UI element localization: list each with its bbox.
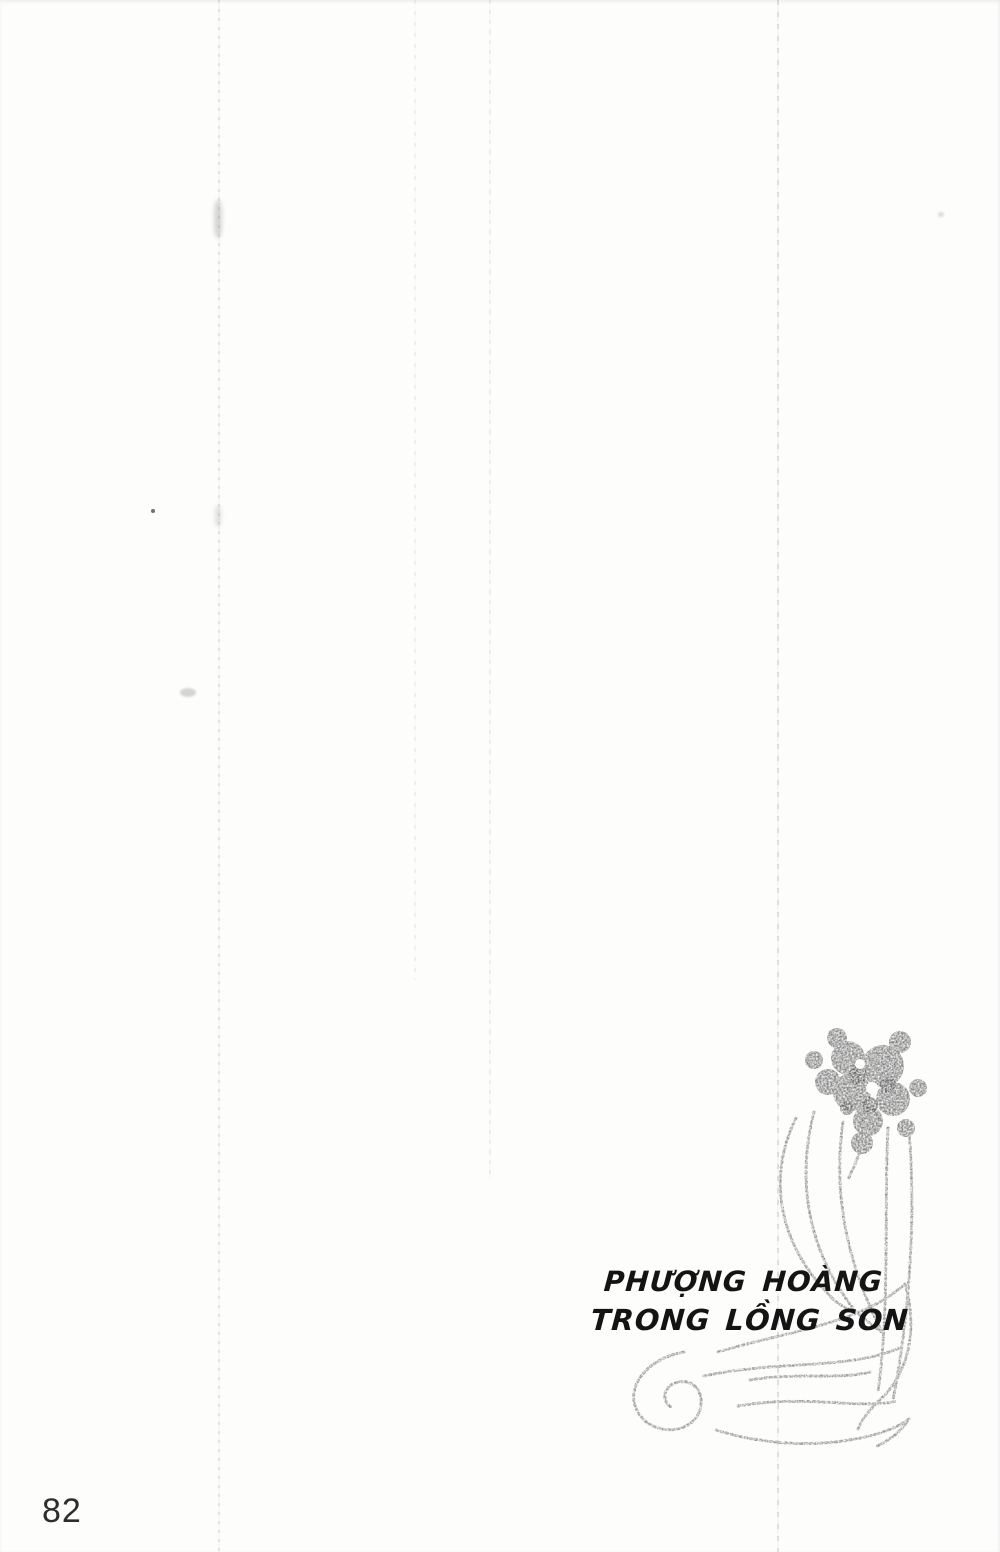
scan-smudge: [180, 688, 196, 697]
leaves: [780, 1112, 912, 1400]
scan-crease-mid-left: [414, 0, 416, 980]
scanned-page: PHƯỢNG HOÀNG TRONG LỒNG SON 82: [0, 0, 1000, 1552]
scan-crease-smudge: [214, 200, 222, 238]
chapter-title-line-1: PHƯỢNG HOÀNG: [592, 1263, 895, 1301]
scan-crease-left: [218, 0, 220, 1552]
scan-crease-mid: [489, 0, 491, 1180]
peony-ornament-illustration: [600, 1000, 1000, 1460]
chapter-title-line-2: TRONG LỒNG SON: [589, 1301, 892, 1339]
page-number: 82: [42, 1492, 82, 1531]
scan-speck: [938, 212, 944, 217]
scan-crease-smudge: [215, 505, 221, 527]
scan-speck: [151, 509, 155, 513]
ornament-ink-group: [634, 1028, 927, 1446]
chapter-title: PHƯỢNG HOÀNG TRONG LỒNG SON: [589, 1263, 894, 1339]
